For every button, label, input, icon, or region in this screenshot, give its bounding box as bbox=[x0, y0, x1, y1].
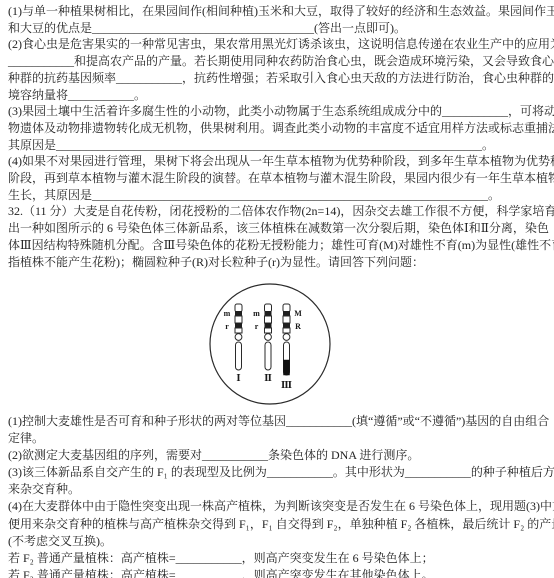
centromere bbox=[235, 334, 242, 341]
doc-line: (不考虑交叉互换)。 bbox=[8, 533, 550, 550]
gene-label-m-II: m bbox=[253, 309, 260, 318]
doc-line: 便用来杂交育种的植株与高产植株杂交得到 F₁，F₁ 自交得到 F₂，单独种植 F… bbox=[8, 516, 550, 533]
doc-line: (4)在大麦群体中由于隐性突变出现一株高产植株，为判断该突变是否发生在 6 号染… bbox=[8, 498, 550, 515]
gene-label-M-III: M bbox=[294, 309, 302, 318]
doc-line: 生长，其原因是_________________________________… bbox=[8, 187, 550, 204]
doc-line: (3)果园土壤中生活着许多腐生性的小动物，此类小动物属于生态系统组成成分中的__… bbox=[8, 103, 550, 120]
chromosome-segment bbox=[283, 316, 290, 323]
chromosome-segment bbox=[283, 304, 290, 312]
doc-line: 指植株不能产生花粉)；椭圆粒种子(R)对长粒种子(r)为显性。请回答下列问题： bbox=[8, 254, 550, 271]
chromosome-segment bbox=[265, 316, 272, 323]
chromosome-segment bbox=[265, 328, 272, 333]
doc-line: 阶段，再到草本植物与灌木混生阶段的演替。在草本植物与灌木混生阶段，果园内很少有一… bbox=[8, 170, 550, 187]
chromosome-segment bbox=[265, 304, 272, 312]
centromere bbox=[283, 334, 290, 341]
doc-line: 其原因是____________________________________… bbox=[8, 137, 550, 154]
doc-line: (4)如果不对果园进行管理，果树下将会出现从一年生草本植物为优势种阶段，到多年生… bbox=[8, 153, 550, 170]
chromosome-arm bbox=[265, 342, 271, 370]
question-31-and-32-stem: (1)与单一种植果树相比，在果园间作(相间种植)玉米和大豆，取得了较好的经济和生… bbox=[8, 3, 550, 270]
doc-line: 定律。 bbox=[8, 430, 550, 447]
doc-line: 来杂交育种。 bbox=[8, 481, 550, 498]
doc-line: 境容纳量将___________。 bbox=[8, 87, 550, 104]
doc-line: (3)该三体新品系自交产生的 F₁ 的表现型及比例为___________。其中… bbox=[8, 464, 550, 481]
gene-band-M bbox=[283, 311, 290, 316]
doc-line: 物遗体及动物排遗物转化成无机物，供果树利用。调查此类小动物的丰富度不适宜用样方法… bbox=[8, 120, 550, 137]
gene-label-r-I: r bbox=[225, 322, 229, 331]
chromosome-label-II: Ⅱ bbox=[264, 373, 272, 383]
gene-band-r bbox=[235, 323, 242, 328]
doc-line: 体Ⅲ因结构特殊随机分配。含Ⅲ号染色体的花粉无授粉能力；雄性可育(M)对雄性不育(… bbox=[8, 237, 550, 254]
chromosome-segment bbox=[235, 316, 242, 323]
trisomy-chromosome-diagram: m r Ⅰ m r Ⅱ bbox=[200, 280, 340, 410]
doc-line: 出一种如图所示的 6 号染色体三体新品系，该三体植株在减数第一次分裂后期，染色体… bbox=[8, 220, 550, 237]
trisomy-diagram-svg: m r Ⅰ m r Ⅱ bbox=[200, 280, 340, 410]
gene-label-R-III: R bbox=[295, 322, 301, 331]
chromosome-I: m r Ⅰ bbox=[224, 304, 242, 383]
doc-line: 32.（11 分）大麦是自花传粉，闭花授粉的二倍体农作物(2n=14)，因杂交去… bbox=[8, 203, 550, 220]
doc-line: (1)控制大麦雄性是否可育和种子形状的两对等位基因___________(填“遵… bbox=[8, 413, 550, 430]
chromosome-II: m r Ⅱ bbox=[253, 304, 272, 383]
question-32-subquestions: (1)控制大麦雄性是否可育和种子形状的两对等位基因___________(填“遵… bbox=[8, 413, 550, 578]
gene-label-m-I: m bbox=[224, 309, 231, 318]
doc-line: 种群的抗药基因频率___________，抗药性增强；若采取引入食心虫天敌的方法… bbox=[8, 70, 550, 87]
doc-line: ___________和提高农产品的产量。若长期使用同种农药防治食心虫，既会造成… bbox=[8, 53, 550, 70]
chromosome-arm bbox=[236, 342, 242, 370]
gene-band-m bbox=[235, 311, 242, 316]
structural-dark-segment bbox=[284, 360, 290, 375]
gene-label-r-II: r bbox=[255, 322, 259, 331]
chromosome-III: M R Ⅲ bbox=[281, 304, 302, 390]
chromosome-segment bbox=[235, 304, 242, 312]
doc-line: 若 F₂ 普通产量植株：高产植株=___________，则高产突变发生在 6 … bbox=[8, 550, 550, 567]
gene-band-r bbox=[265, 323, 272, 328]
doc-line: (2)欲测定大麦基因组的序列，需要对___________条染色体的 DNA 进… bbox=[8, 447, 550, 464]
chromosome-segment bbox=[283, 328, 290, 333]
exam-page: (1)与单一种植果树相比，在果园间作(相间种植)玉米和大豆，取得了较好的经济和生… bbox=[0, 0, 554, 578]
centromere bbox=[265, 334, 272, 341]
doc-line: (2)食心虫是危害果实的一种常见害虫，果农常用黑光灯诱杀该虫，这说明信息传递在农… bbox=[8, 36, 550, 53]
doc-line: (1)与单一种植果树相比，在果园间作(相间种植)玉米和大豆，取得了较好的经济和生… bbox=[8, 3, 550, 20]
gene-band-R bbox=[283, 323, 290, 328]
doc-line: 和大豆的优点是_________________________________… bbox=[8, 20, 550, 37]
chromosome-segment bbox=[235, 328, 242, 333]
chromosome-label-III: Ⅲ bbox=[281, 380, 292, 390]
doc-line: 若 F₂ 普通产量植株：高产植株=___________，则高产突变发生在其他染… bbox=[8, 567, 550, 578]
gene-band-m bbox=[265, 311, 272, 316]
chromosome-label-I: Ⅰ bbox=[236, 373, 240, 383]
